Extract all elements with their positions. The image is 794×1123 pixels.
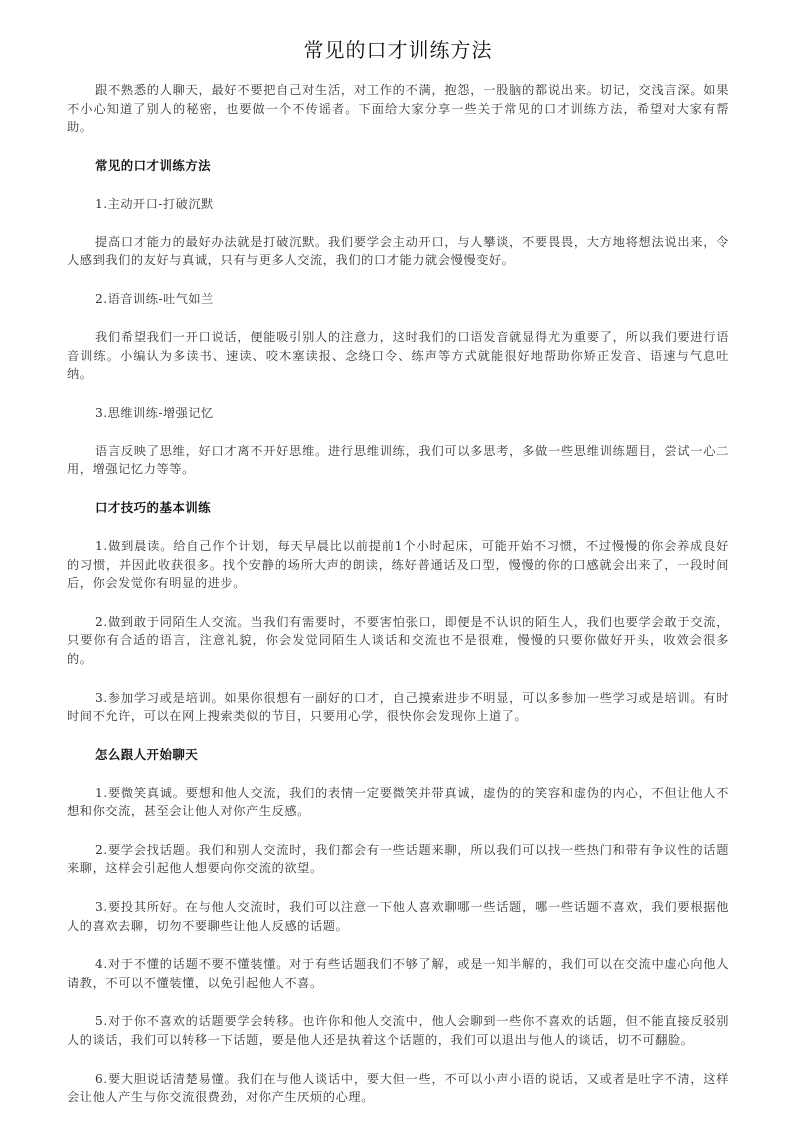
paragraph: 1.做到晨读。给自己作个计划，每天早晨比以前提前1个小时起床，可能开始不习惯，不… — [67, 537, 729, 593]
document-page: 常见的口才训练方法 跟不熟悉的人聊天，最好不要把自己对生活，对工作的不满，抱怨，… — [67, 30, 729, 1107]
section-heading: 口才技巧的基本训练 — [67, 499, 729, 517]
paragraph: 3.要投其所好。在与他人交流时，我们可以注意一下他人喜欢聊哪一些话题，哪一些话题… — [67, 898, 729, 935]
paragraph: 6.要大胆说话清楚易懂。我们在与他人谈话中，要大但一些，不可以小声小语的说话，又… — [67, 1070, 729, 1107]
paragraph: 语言反映了思维，好口才离不开好思维。进行思维训练，我们可以多思考，多做一些思维训… — [67, 442, 729, 479]
subtitle: 2.语音训练-吐气如兰 — [67, 290, 729, 308]
paragraph: 2.要学会找话题。我们和别人交流时，我们都会有一些话题来聊，所以我们可以找一些热… — [67, 841, 729, 878]
paragraph: 2.做到敢于同陌生人交流。当我们有需要时，不要害怕张口，即便是不认识的陌生人，我… — [67, 613, 729, 669]
paragraph: 提高口才能力的最好办法就是打破沉默。我们要学会主动开口，与人攀谈，不要畏畏，大方… — [67, 233, 729, 270]
paragraph: 我们希望我们一开口说话，便能吸引别人的注意力，这时我们的口语发音就显得尤为重要了… — [67, 328, 729, 384]
section-heading: 怎么跟人开始聊天 — [67, 746, 729, 764]
paragraph: 3.参加学习或是培训。如果你很想有一副好的口才，自己摸索进步不明显，可以多参加一… — [67, 689, 729, 726]
document-title: 常见的口才训练方法 — [67, 34, 729, 63]
paragraph: 4.对于不懂的话题不要不懂装懂。对于有些话题我们不够了解，或是一知半解的，我们可… — [67, 955, 729, 992]
intro-paragraph: 跟不熟悉的人聊天，最好不要把自己对生活，对工作的不满，抱怨，一股脑的都说出来。切… — [67, 81, 729, 137]
section-heading: 常见的口才训练方法 — [67, 157, 729, 175]
paragraph: 1.要微笑真诚。要想和他人交流，我们的表情一定要微笑并带真诚，虚伪的的笑容和虚伪… — [67, 784, 729, 821]
paragraph: 5.对于你不喜欢的话题要学会转移。也许你和他人交流中，他人会聊到一些你不喜欢的话… — [67, 1012, 729, 1049]
subtitle: 1.主动开口-打破沉默 — [67, 195, 729, 213]
subtitle: 3.思维训练-增强记忆 — [67, 404, 729, 422]
